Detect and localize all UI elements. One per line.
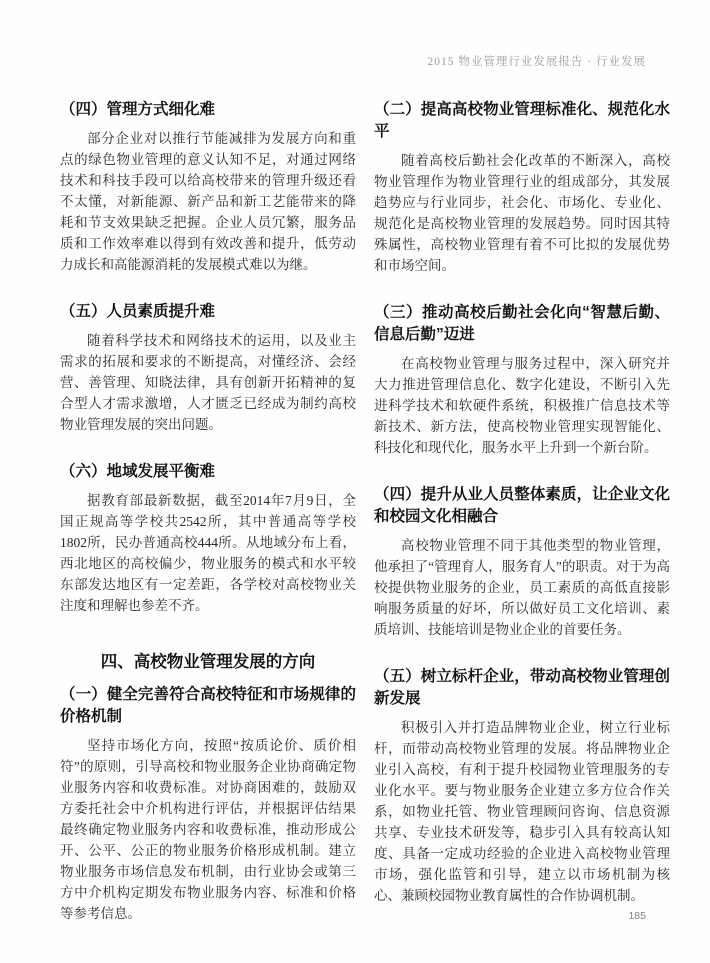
section-body-6-regional: 据教育部最新数据，截至2014年7月9日，全国正规高等学校共2542所，其中普通…	[60, 490, 356, 616]
section-heading-5-benchmark: （五）树立标杆企业，带动高校物业管理创新发展	[374, 666, 670, 710]
section-body-4-staff-quality: 高校物业管理不同于其他类型的物业管理，他承担了“管理育人，服务育人”的职责。对于…	[374, 535, 670, 640]
section-heading-6-regional: （六）地域发展平衡难	[60, 461, 356, 483]
section-body-1-pricing: 坚持市场化方向，按照“按质论价、质价相符”的原则，引导高校和物业服务企业协商确定…	[60, 735, 356, 924]
two-column-layout: （四）管理方式细化难 部分企业对以推行节能减排为发展方向和重点的绿色物业管理的意…	[60, 99, 670, 924]
section-heading-4-management: （四）管理方式细化难	[60, 99, 356, 121]
document-page: 2015 物业管理行业发展报告 · 行业发展 （四）管理方式细化难 部分企业对以…	[0, 0, 710, 963]
section-body-5-personnel: 随着科学技术和网络技术的运用，以及业主需求的拓展和要求的不断提高，对懂经济、会经…	[60, 330, 356, 435]
section-heading-5-personnel: （五）人员素质提升难	[60, 301, 356, 323]
running-header: 2015 物业管理行业发展报告 · 行业发展	[428, 53, 646, 69]
section-heading-4-staff-quality: （四）提升从业人员整体素质，让企业文化和校园文化相融合	[374, 484, 670, 528]
section-body-5-benchmark: 积极引入并打造品牌物业企业，树立行业标杆，而带动高校物业管理的发展。将品牌物业企…	[374, 717, 670, 906]
section-body-2-standardization: 随着高校后勤社会化改革的不断深入，高校物业管理作为物业管理行业的组成部分，其发展…	[374, 150, 670, 276]
section-heading-3-smart-logistics: （三）推动高校后勤社会化向“智慧后勤、信息后勤”迈进	[374, 302, 670, 346]
left-column: （四）管理方式细化难 部分企业对以推行节能减排为发展方向和重点的绿色物业管理的意…	[60, 99, 356, 924]
right-column: （二）提高高校物业管理标准化、规范化水平 随着高校后勤社会化改革的不断深入，高校…	[374, 99, 670, 924]
section-body-3-smart-logistics: 在高校物业管理与服务过程中，深入研究并大力推进管理信息化、数字化建设，不断引入先…	[374, 353, 670, 458]
page-number: 185	[628, 910, 646, 922]
section-heading-2-standardization: （二）提高高校物业管理标准化、规范化水平	[374, 99, 670, 143]
section-body-4-management: 部分企业对以推行节能减排为发展方向和重点的绿色物业管理的意义认知不足，对通过网络…	[60, 128, 356, 275]
section-heading-1-pricing: （一）健全完善符合高校特征和市场规律的价格机制	[60, 684, 356, 728]
chapter-title: 四、高校物业管理发展的方向	[60, 650, 356, 674]
